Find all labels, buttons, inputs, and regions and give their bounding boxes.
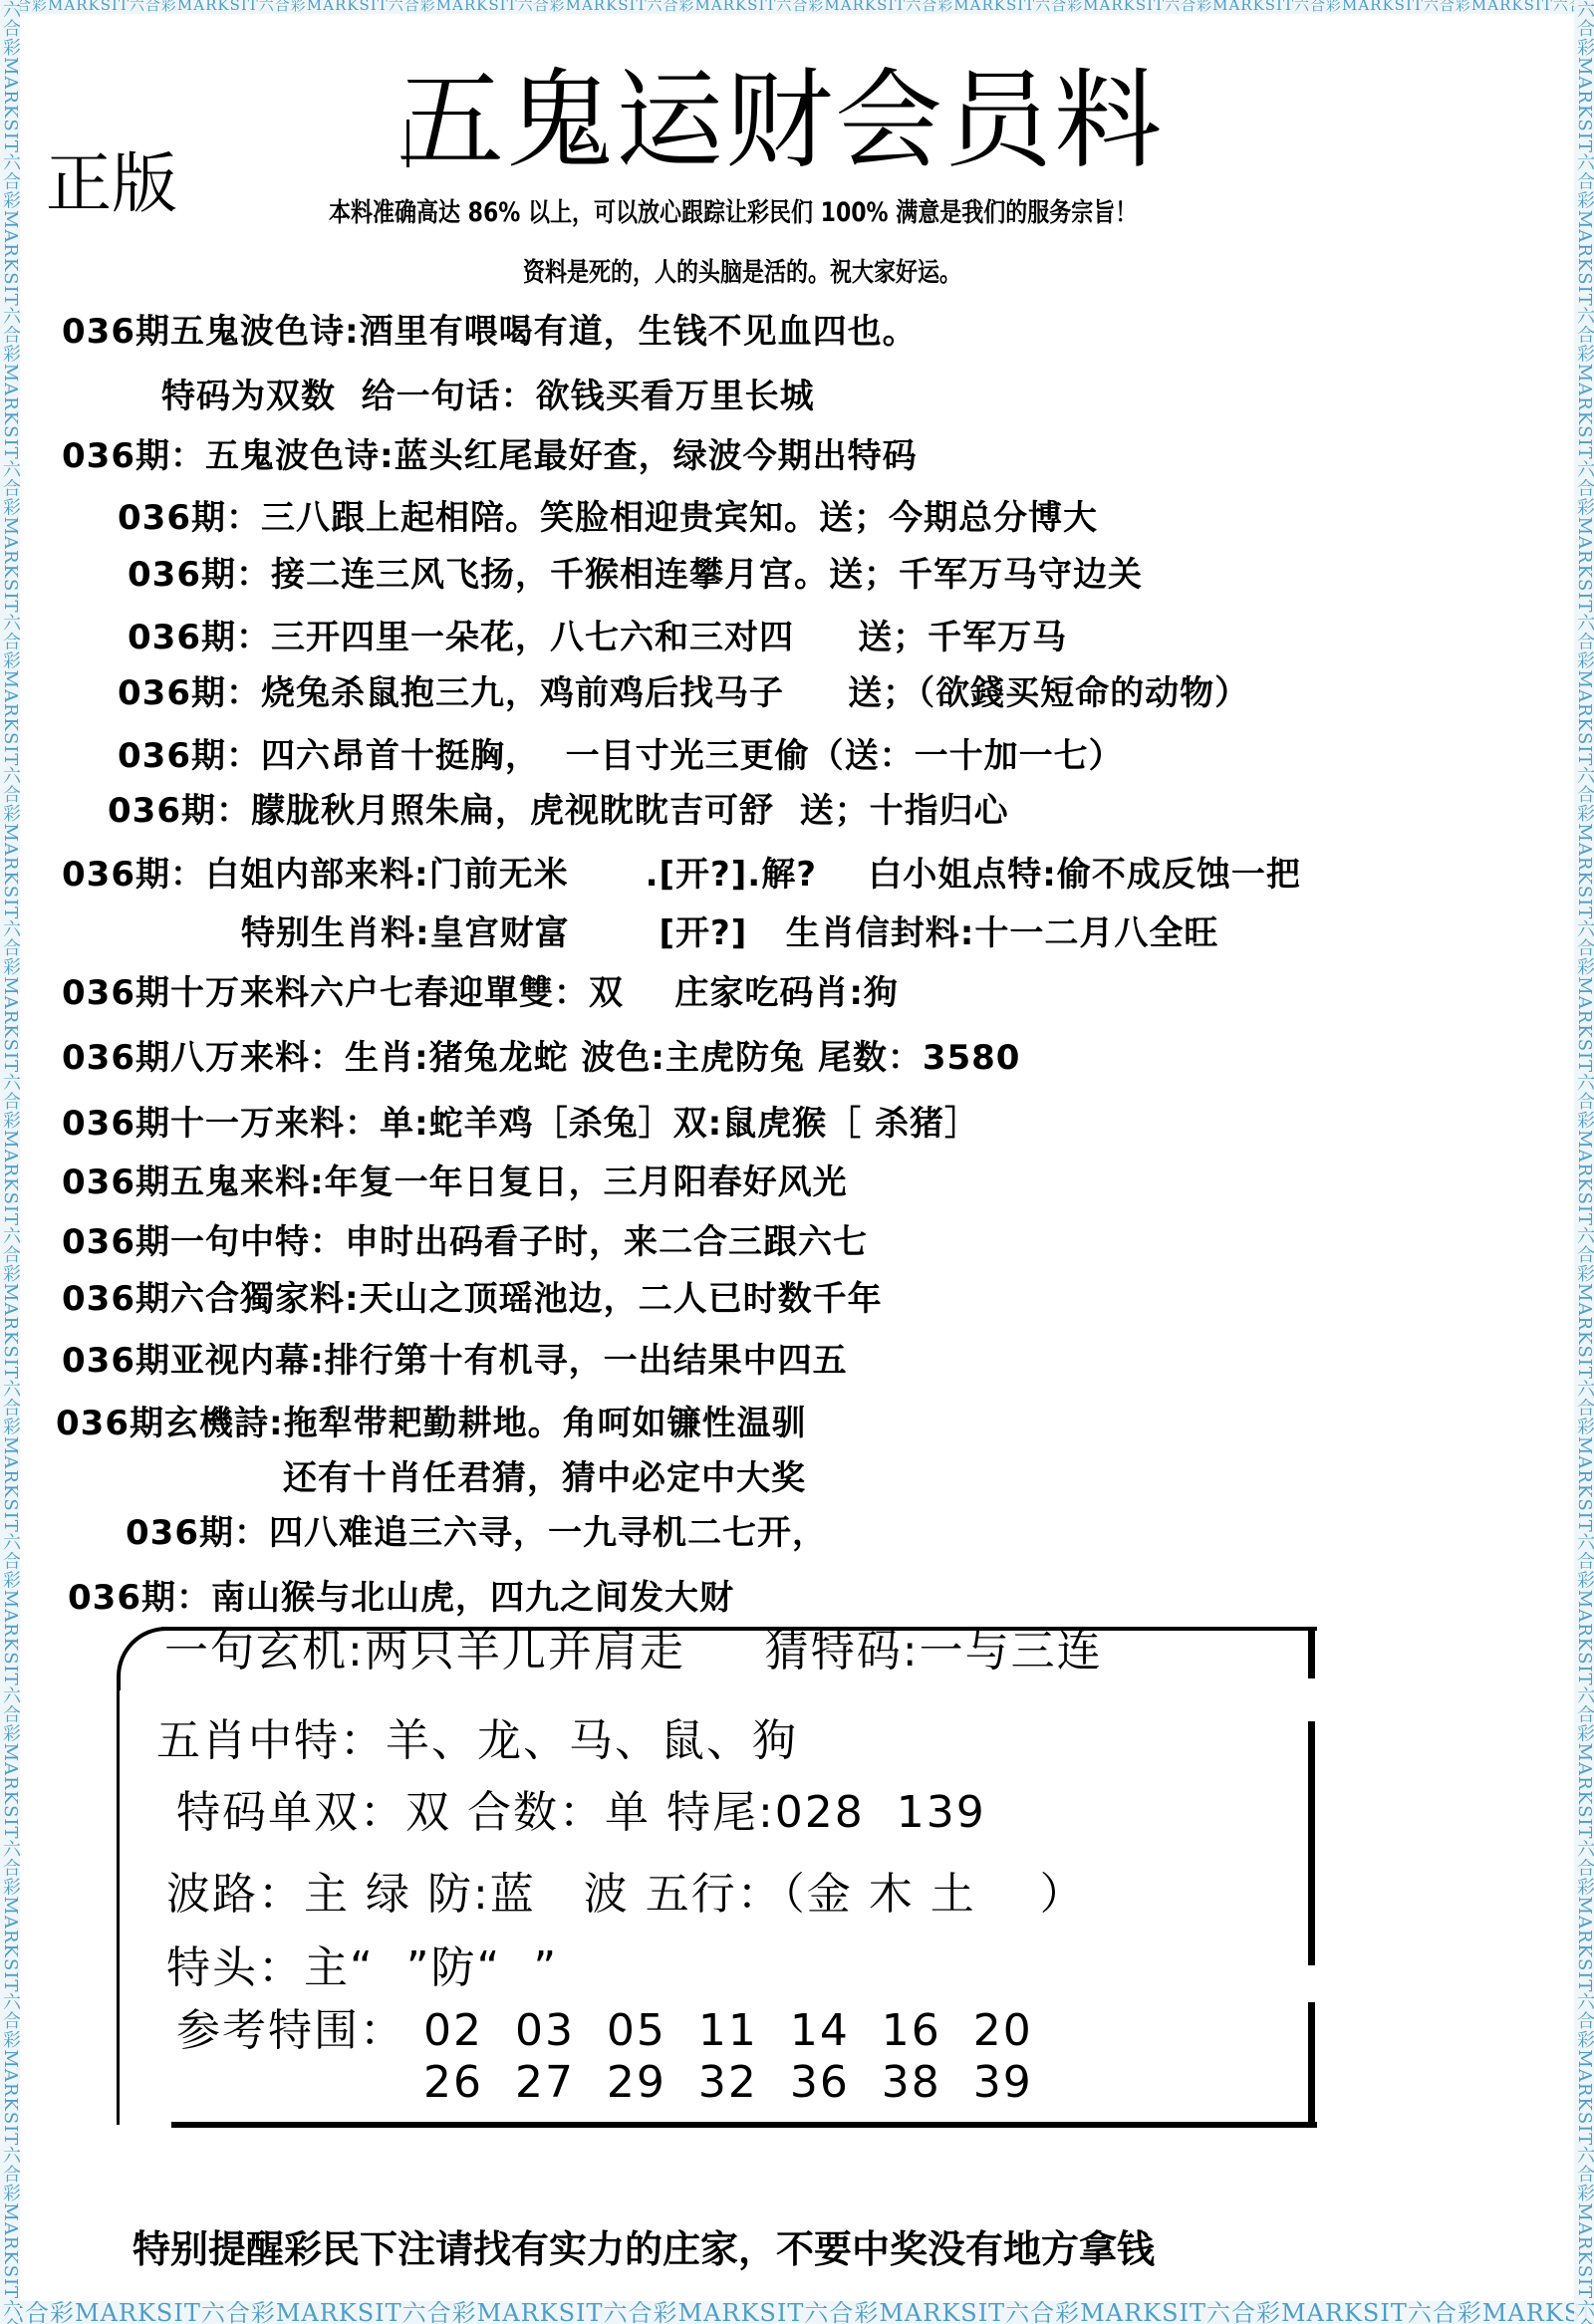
box-border-left	[117, 1681, 120, 2125]
tip-line: 036期：五鬼波色诗:蓝头红尾最好查，绿波今期出特码	[62, 436, 918, 476]
tip-line: 036期：南山猴与北山虎，四九之间发大财	[68, 1578, 734, 1618]
odd-even-line: 特码单双：双 合数：单 特尾:028 139	[176, 1788, 986, 1838]
tip-line: 036期：烧兔杀鼠抱三九，鸡前鸡后找马子 送；（欲錢买短命的动物）	[118, 673, 1249, 713]
box-border-right	[1308, 2002, 1315, 2127]
ref-numbers-row-2: 26 27 29 32 36 38 39	[423, 2058, 1033, 2108]
tip-line: 036期：接二连三风飞扬，千猴相连攀月宫。送；千军万马守边关	[128, 555, 1143, 595]
subtitle-good-luck: 资料是死的，人的头脑是活的。祝大家好运。	[523, 257, 961, 291]
tip-line: 036期：四八难追三六寻，一九寻机二七开，	[126, 1513, 827, 1553]
tip-line: 036期五鬼来料:年复一年日复日，三月阳春好风光	[62, 1162, 848, 1202]
tip-line: 036期：三开四里一朵花，八七六和三对四 送；千军万马	[128, 618, 1067, 657]
tip-line: 036期八万来料：生肖:猪兔龙蛇 波色:主虎防兔 尾数：3580	[62, 1038, 1020, 1078]
tip-line: 特别生肖料:皇宫财富 [开?] 生肖信封料:十一二月八全旺	[241, 913, 1218, 953]
tip-line: 036期五鬼波色诗:酒里有喂喝有道，生钱不见血四也。	[62, 312, 918, 352]
watermark-border-top: 六合彩MARKSIT六合彩MARKSIT六合彩MARKSIT六合彩MARKSIT…	[0, 0, 1594, 14]
box-border-bottom	[171, 2122, 1317, 2128]
wave-line: 波路：主 绿 防:蓝 波 五行：（金 木 土 ）	[166, 1870, 1086, 1920]
riddle-line: 一句玄机:两只羊儿并肩走 猜特码:一与三连	[164, 1627, 1103, 1677]
footer-notice: 特别提醒彩民下注请找有实力的庄家，不要中奖没有地方拿钱	[133, 2226, 1155, 2272]
edition-label: 正版	[46, 144, 177, 224]
five-zodiac-line: 五肖中特：羊、龙、马、鼠、狗	[156, 1716, 798, 1766]
tip-line: 036期：三八跟上起相陪。笑脸相迎贵宾知。送；今期总分博大	[118, 498, 1098, 538]
tip-line: 036期亚视内幕:排行第十有机寻，一出结果中四五	[62, 1341, 848, 1381]
tip-line: 036期六合獨家料:天山之顶瑶池边，二人已时数千年	[62, 1279, 883, 1319]
tip-line: 036期：四六昂首十挺胸， 一目寸光三更偷（送：一十加一七）	[118, 736, 1124, 776]
box-border-right	[1308, 1721, 1315, 1965]
tip-line: 036期玄機詩:拖犁带耙勤耕地。角呵如镰性温驯	[56, 1404, 807, 1443]
tip-line: 036期一句中特：申时出码看子时，来二合三跟六七	[62, 1222, 868, 1262]
ref-numbers-row-1: 02 03 05 11 14 16 20	[423, 2006, 1033, 2056]
watermark-border-left: 六合彩MARKSIT六合彩MARKSIT六合彩MARKSIT六合彩MARKSIT…	[0, 0, 20, 2324]
watermark-border-bottom: 六合彩MARKSIT六合彩MARKSIT六合彩MARKSIT六合彩MARKSIT…	[0, 2301, 1594, 2324]
tip-line: 036期十万来料六户七春迎單雙：双 庄家吃码肖:狗	[62, 973, 899, 1013]
tip-line: 036期：白姐内部来料:门前无米 .[开?].解? 白小姐点特:偷不成反蚀一把	[62, 855, 1301, 895]
tip-line: 036期：朦胧秋月照朱扁，虎视眈眈吉可舒 送；十指归心	[108, 791, 1009, 831]
tip-line: 特码为双数 给一句话：欲钱买看万里长城	[161, 377, 815, 416]
page-title: 五鬼运财会员料	[397, 62, 1164, 181]
summary-box: 一句玄机:两只羊儿并肩走 猜特码:一与三连 五肖中特：羊、龙、马、鼠、狗 特码单…	[117, 1627, 1312, 2125]
ref-label: 参考特围：	[176, 2006, 405, 2056]
tip-line: 还有十肖任君猜，猜中必定中大奖	[283, 1458, 806, 1498]
box-border-right	[1308, 1627, 1315, 1678]
watermark-border-right: 六合彩MARKSIT六合彩MARKSIT六合彩MARKSIT六合彩MARKSIT…	[1574, 0, 1594, 2324]
subtitle-accuracy: 本料准确高达 86% 以上，可以放心跟踪让彩民们 100% 满意是我们的服务宗旨…	[329, 197, 1137, 231]
head-line: 特头：主“ ”防“ ”	[166, 1943, 558, 1993]
tip-line: 036期十一万来料：单:蛇羊鸡［杀兔］双:鼠虎猴［ 杀猪］	[62, 1104, 979, 1144]
